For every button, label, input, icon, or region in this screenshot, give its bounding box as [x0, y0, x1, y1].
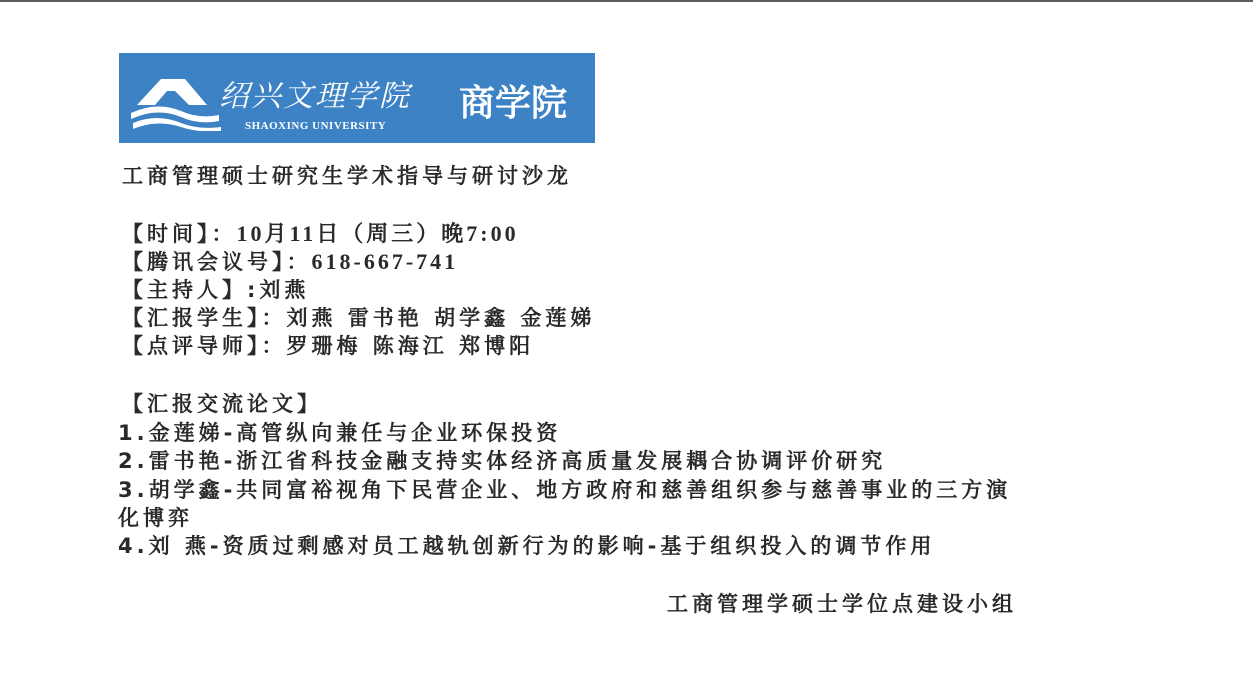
advisors-line: 【点评导师】：罗珊梅 陈海江 郑博阳 — [122, 332, 534, 360]
page-title: 工商管理硕士研究生学术指导与研讨沙龙 — [122, 162, 572, 190]
paper-item: 2.雷书艳-浙江省科技金融支持实体经济高质量发展耦合协调评价研究 — [118, 447, 886, 475]
logo-chinese-name: 绍兴文理学院 — [219, 71, 411, 115]
meeting-line: 【腾讯会议号】：618-667-741 — [122, 248, 458, 276]
time-label: 【时间】： — [122, 222, 237, 246]
host-value: 刘燕 — [259, 278, 309, 302]
time-line: 【时间】：10月11日（周三）晚7:00 — [122, 220, 519, 248]
meeting-id-value: 618-667-741 — [312, 249, 459, 274]
paper-item: 4.刘 燕-资质过剩感对员工越轨创新行为的影响-基于组织投入的调节作用 — [118, 532, 935, 560]
paper-item-continuation: 化博弈 — [118, 504, 193, 532]
logo-school-name: 商学院 — [459, 75, 567, 126]
students-value: 刘燕 雷书艳 胡学鑫 金莲娣 — [287, 306, 596, 330]
advisors-value: 罗珊梅 陈海江 郑博阳 — [287, 334, 535, 358]
host-line: 【主持人】:刘燕 — [122, 276, 309, 304]
advisors-label: 【点评导师】： — [122, 334, 287, 358]
paper-item: 3.胡学鑫-共同富裕视角下民营企业、地方政府和慈善组织参与慈善事业的三方演 — [118, 476, 1011, 504]
papers-heading: 【汇报交流论文】 — [122, 390, 322, 418]
meeting-label: 【腾讯会议号】： — [122, 250, 312, 274]
top-border — [0, 0, 1253, 2]
signature: 工商管理学硕士学位点建设小组 — [667, 590, 1017, 618]
time-value: 10月11日（周三）晚7:00 — [237, 221, 519, 246]
paper-item: 1.金莲娣-高管纵向兼任与企业环保投资 — [118, 419, 561, 447]
students-label: 【汇报学生】： — [122, 306, 287, 330]
university-logo-banner: 绍兴文理学院 SHAOXING UNIVERSITY 商学院 — [119, 53, 595, 143]
students-line: 【汇报学生】：刘燕 雷书艳 胡学鑫 金莲娣 — [122, 304, 595, 332]
university-emblem-icon — [127, 75, 223, 131]
host-label: 【主持人】: — [122, 278, 259, 302]
logo-english-name: SHAOXING UNIVERSITY — [245, 120, 386, 132]
